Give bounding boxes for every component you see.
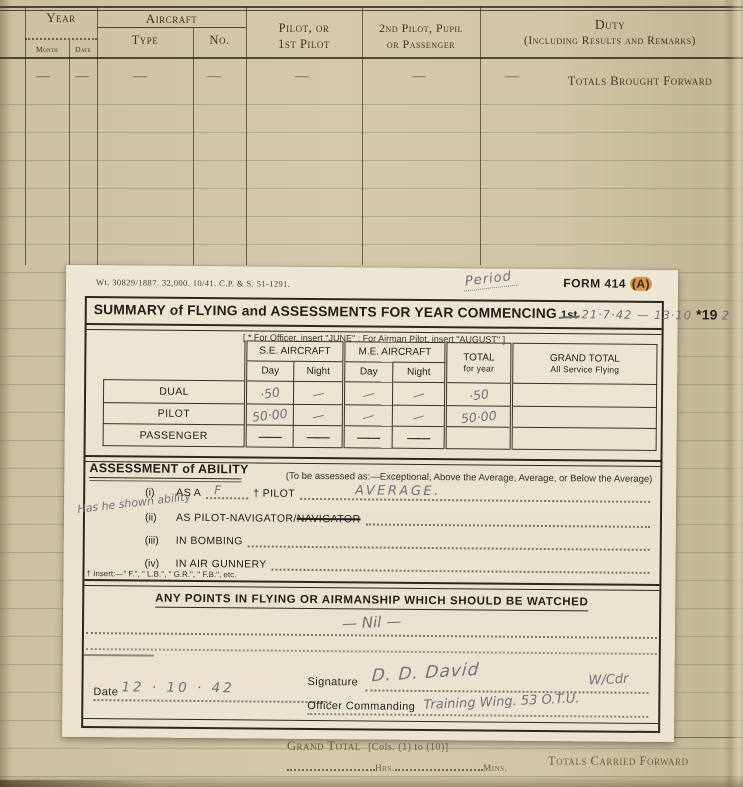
passenger-total [445, 427, 511, 450]
dotted-blank: F [206, 484, 248, 499]
date-handwriting: 12 · 10 · 42 [121, 679, 234, 696]
page-corner-shadow [0, 780, 150, 787]
dotted-leader [395, 759, 483, 771]
bottom-inner-rule [83, 718, 658, 724]
table-line [0, 6, 743, 8]
row-label-dual: DUAL [103, 380, 245, 404]
column-header-year: Year [25, 10, 97, 26]
empty-cell-dash: — [75, 72, 89, 82]
grand-total-text: Grand Total [287, 739, 361, 753]
spacer-cell [104, 340, 246, 361]
row-label-passenger: PASSENGER [103, 424, 245, 447]
empty-cell-dash: — [36, 72, 50, 82]
grand-total-cols-note: [Cols. (1) to (10)] [368, 742, 449, 753]
signature-label: Signature [307, 676, 358, 688]
dotted-rule [86, 648, 657, 655]
signature-line [365, 689, 648, 693]
empty-cell-dash: — [505, 72, 519, 82]
table-line [0, 57, 743, 59]
form-number: FORM 414 (A) [563, 276, 652, 291]
dual-se-night: — [293, 381, 343, 404]
print-imprint: Wt. 30829/1887. 32,000. 10/41. C.P. & S.… [96, 277, 290, 289]
grand-total-label: Grand Total [Cols. (1) to (10)] [287, 739, 527, 754]
insert-footnote: † Insert:—" F.", " L.B.", " G.R.", " F.B… [86, 569, 236, 579]
pilot-total: 50·00 [445, 406, 511, 428]
item-number: (ii) [145, 512, 171, 524]
hrs-mins-line: Hrs.Mins. [287, 759, 517, 774]
empty-cell-dash: — [412, 72, 426, 82]
spacer-cell [104, 360, 246, 381]
flying-summary-table: S.E. AIRCRAFT M.E. AIRCRAFT TOTAL for ye… [103, 339, 658, 451]
form-title-row: SUMMARY of FLYING and ASSESSMENTS FOR YE… [94, 302, 660, 322]
dotted-blank [272, 556, 650, 574]
dual-grand [511, 383, 656, 407]
me-night-header: Night [393, 362, 446, 382]
me-aircraft-header: M.E. AIRCRAFT [344, 342, 446, 363]
pilot-se-night: — [293, 404, 343, 425]
heading-underline [89, 477, 241, 479]
dual-me-night: — [392, 382, 445, 405]
item-number: (iii) [145, 535, 171, 547]
pilot-se-day: 50·00 [245, 404, 293, 425]
table-line [69, 40, 70, 265]
total-header-line1: TOTAL [447, 352, 510, 364]
grand-total-header: GRAND TOTAL All Service Flying [512, 343, 657, 384]
title-struck-1st: 1st [561, 309, 578, 321]
item-number: (i) [145, 487, 171, 499]
total-header-line2: for year [447, 363, 510, 374]
table-line [25, 38, 97, 40]
dual-total: ·50 [445, 383, 511, 407]
column-header-duty-line1: Duty [480, 17, 740, 33]
totals-brought-forward-label: Totals Brought Forward [540, 74, 740, 89]
item-number: (iv) [145, 558, 171, 570]
form-number-suffix: (A) [630, 277, 652, 291]
title-dates-handwriting: 21·7·42 — 13·10 [581, 307, 692, 322]
dotted-blank [365, 510, 650, 527]
column-header-duty-line2: (Including Results and Remarks) [480, 35, 740, 47]
item-label: IN BOMBING [176, 535, 243, 548]
pilot-me-day: — [343, 405, 392, 426]
assessment-item-iii: (iii) IN BOMBING [145, 532, 650, 551]
passenger-grand [511, 427, 656, 450]
hrs-label: Hrs. [375, 764, 395, 774]
se-aircraft-header: S.E. AIRCRAFT [246, 341, 344, 362]
empty-cell-dash: — [295, 72, 309, 82]
short-rule [84, 654, 154, 657]
title-year-handwriting: 2 [721, 309, 729, 323]
item-label: AS PILOT-NAVIGATOR/NAVIGATOR [176, 512, 361, 526]
mins-label: Mins. [483, 764, 508, 774]
column-header-pilot-line1: Pilot, or [246, 21, 362, 36]
se-day-header: Day [246, 361, 294, 381]
table-line [193, 28, 194, 265]
title-year-prefix: *19 [696, 307, 717, 322]
average-handwriting: AVERAGE. [355, 483, 441, 499]
grand-header-line2: All Service Flying [513, 364, 656, 375]
column-header-aircraft: Aircraft [97, 11, 246, 27]
form-title: SUMMARY of FLYING and ASSESSMENTS FOR YE… [94, 302, 557, 321]
dual-se-day: ·50 [245, 381, 293, 404]
column-header-no: No. [193, 33, 246, 48]
date-label: Date [93, 686, 118, 698]
logbook-page: { "logbook": { "headers": { "year": "Yea… [0, 0, 743, 787]
item-label: AS A [176, 487, 201, 499]
period-handwriting: Period [462, 268, 519, 291]
item-label: IN AIR GUNNERY [176, 558, 267, 571]
dotted-leader [287, 759, 375, 771]
assessment-heading: ASSESSMENT of ABILITY [89, 461, 248, 476]
column-header-type: Type [97, 33, 193, 48]
column-header-2nd-pilot-line2: or Passenger [362, 37, 480, 52]
item-label-text: AS PILOT-NAVIGATOR/ [176, 512, 297, 525]
assessment-scale-note: (To be assessed as:—Exceptional, Above t… [286, 471, 653, 485]
row-label-pilot: PILOT [103, 403, 245, 425]
officer-commanding-label: Officer Commanding [307, 700, 415, 713]
passenger-se-night: —— [293, 425, 343, 447]
passenger-me-day: —— [343, 426, 392, 448]
passenger-me-night: —— [392, 426, 445, 448]
rank-handwriting: W/Cdr [588, 672, 629, 689]
officer-commanding-handwriting: Training Wing. 53 O.T.U. [423, 691, 580, 713]
heading-underline [89, 480, 241, 482]
table-line [97, 27, 246, 28]
dotted-blank [248, 532, 650, 551]
column-header-month: Month [25, 45, 69, 54]
dual-me-day: — [343, 382, 392, 405]
se-night-header: Night [294, 361, 344, 381]
pilot-grand [511, 406, 656, 428]
empty-cell-dash: — [207, 72, 221, 82]
assessment-item-i: (i) AS A F † PILOT AVERAGE. [145, 484, 650, 503]
item-label: † PILOT [253, 487, 295, 499]
column-header-pilot-line2: 1st Pilot [246, 37, 362, 52]
form-number-text: FORM 414 [563, 276, 626, 291]
total-for-year-header: TOTAL for year [446, 343, 512, 384]
signature-handwriting: D. D. David [371, 660, 480, 687]
assessment-item-ii: (ii) AS PILOT-NAVIGATOR/NAVIGATOR [145, 509, 650, 528]
passenger-se-day: —— [245, 425, 293, 447]
form-border-box: SUMMARY of FLYING and ASSESSMENTS FOR YE… [81, 296, 664, 733]
date-line [93, 699, 331, 703]
struck-navigator: NAVIGATOR [297, 513, 361, 526]
dotted-blank: AVERAGE. [300, 485, 650, 503]
totals-carried-forward-label: Totals Carried Forward [548, 754, 743, 769]
pilot-type-handwriting: F [214, 483, 221, 497]
form-414a-paper: Wt. 30829/1887. 32,000. 10/41. C.P. & S.… [62, 265, 678, 742]
me-day-header: Day [344, 362, 393, 382]
column-header-2nd-pilot-line1: 2nd Pilot, Pupil [362, 21, 480, 36]
empty-cell-dash: — [133, 72, 147, 82]
pilot-me-night: — [392, 405, 445, 426]
column-header-date: Date [69, 45, 97, 54]
officer-commanding-line [307, 713, 648, 718]
